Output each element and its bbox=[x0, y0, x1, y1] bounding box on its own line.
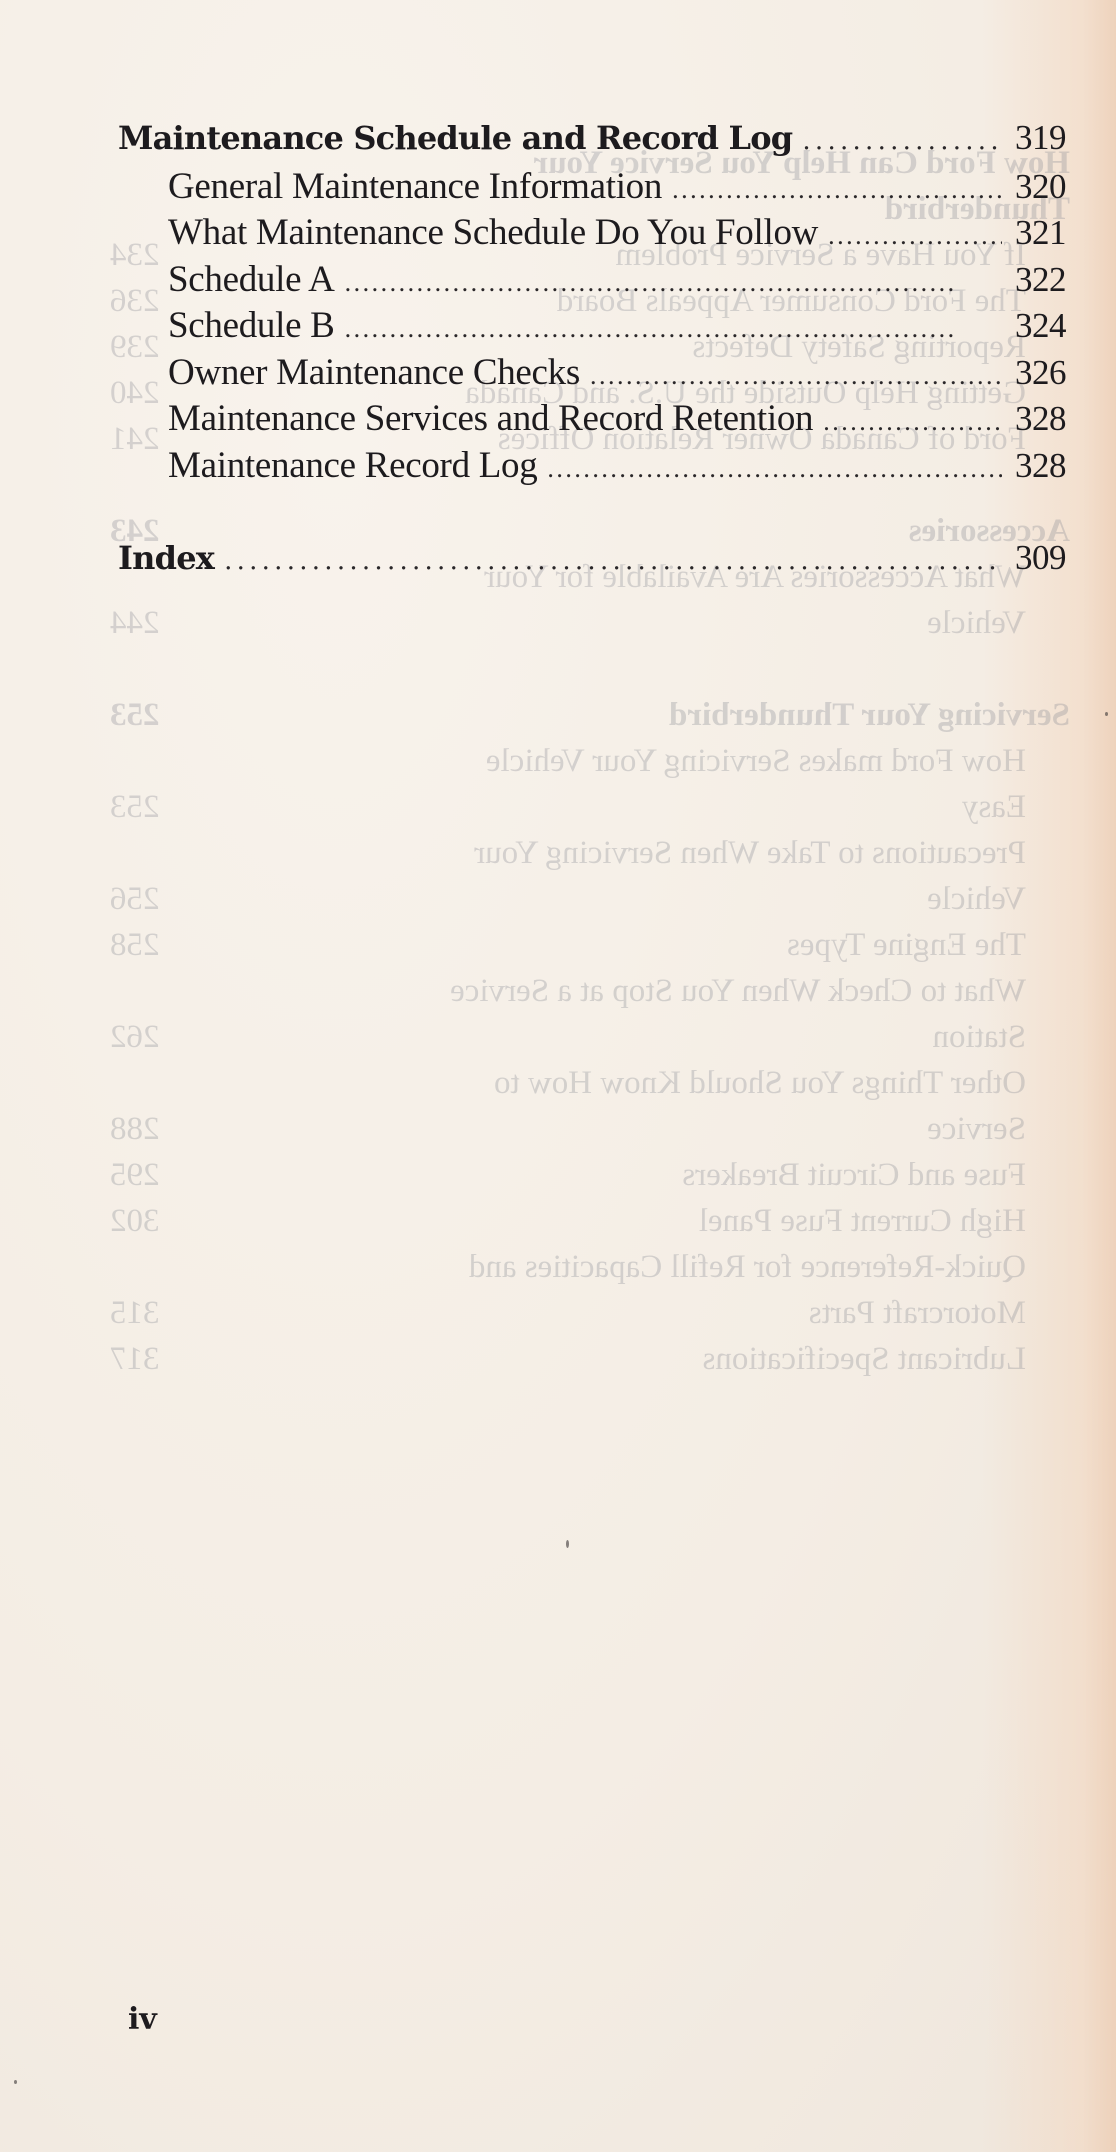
paper-speck bbox=[566, 1540, 569, 1548]
dot-leader bbox=[823, 407, 1002, 437]
toc-entry-page-number: 324 bbox=[1010, 306, 1066, 346]
dot-leader bbox=[802, 126, 1002, 156]
toc-entry: Maintenance Schedule and Record Log319 bbox=[118, 118, 1066, 165]
toc-entry-page-number: 322 bbox=[1010, 260, 1066, 300]
toc-entry-page-number: 309 bbox=[1010, 538, 1066, 578]
dot-leader bbox=[345, 314, 1002, 344]
toc-entry: Index309 bbox=[118, 538, 1066, 585]
toc-entry: Owner Maintenance Checks326 bbox=[118, 351, 1066, 398]
dot-leader bbox=[224, 546, 1002, 576]
toc-entry-page-number: 328 bbox=[1010, 446, 1066, 486]
toc-entry-title: Maintenance Schedule and Record Log bbox=[118, 119, 792, 157]
toc-entry: General Maintenance Information320 bbox=[118, 165, 1066, 212]
toc-entry-title: General Maintenance Information bbox=[168, 165, 662, 208]
dot-leader bbox=[672, 175, 1002, 205]
toc-entry-page-number: 319 bbox=[1010, 118, 1066, 158]
table-of-contents: Maintenance Schedule and Record Log319Ge… bbox=[118, 118, 1066, 585]
toc-entry-page-number: 328 bbox=[1010, 399, 1066, 439]
dot-leader bbox=[828, 221, 1002, 251]
toc-entry-page-number: 320 bbox=[1010, 167, 1066, 207]
page-folio: iv bbox=[128, 2002, 157, 2037]
toc-entry-title: Schedule B bbox=[168, 304, 335, 347]
toc-entry: Schedule B324 bbox=[118, 304, 1066, 351]
toc-entry-title: Schedule A bbox=[168, 258, 335, 301]
toc-entry-title: Maintenance Services and Record Retentio… bbox=[168, 397, 813, 440]
toc-entry-title: Maintenance Record Log bbox=[168, 444, 537, 487]
toc-entry-title: Index bbox=[118, 539, 214, 577]
toc-entry: Maintenance Record Log328 bbox=[118, 444, 1066, 491]
dot-leader bbox=[590, 361, 1002, 391]
paper-speck bbox=[1105, 712, 1108, 716]
paper-speck bbox=[14, 2080, 17, 2084]
dot-leader bbox=[547, 454, 1002, 484]
toc-entry-page-number: 326 bbox=[1010, 353, 1066, 393]
toc-entry-page-number: 321 bbox=[1010, 213, 1066, 253]
toc-entry: Schedule A322 bbox=[118, 258, 1066, 305]
toc-entry-title: Owner Maintenance Checks bbox=[168, 351, 580, 394]
toc-entry: What Maintenance Schedule Do You Follow3… bbox=[118, 211, 1066, 258]
dot-leader bbox=[345, 268, 1002, 298]
toc-entry-title: What Maintenance Schedule Do You Follow bbox=[168, 211, 818, 254]
toc-entry: Maintenance Services and Record Retentio… bbox=[118, 397, 1066, 444]
